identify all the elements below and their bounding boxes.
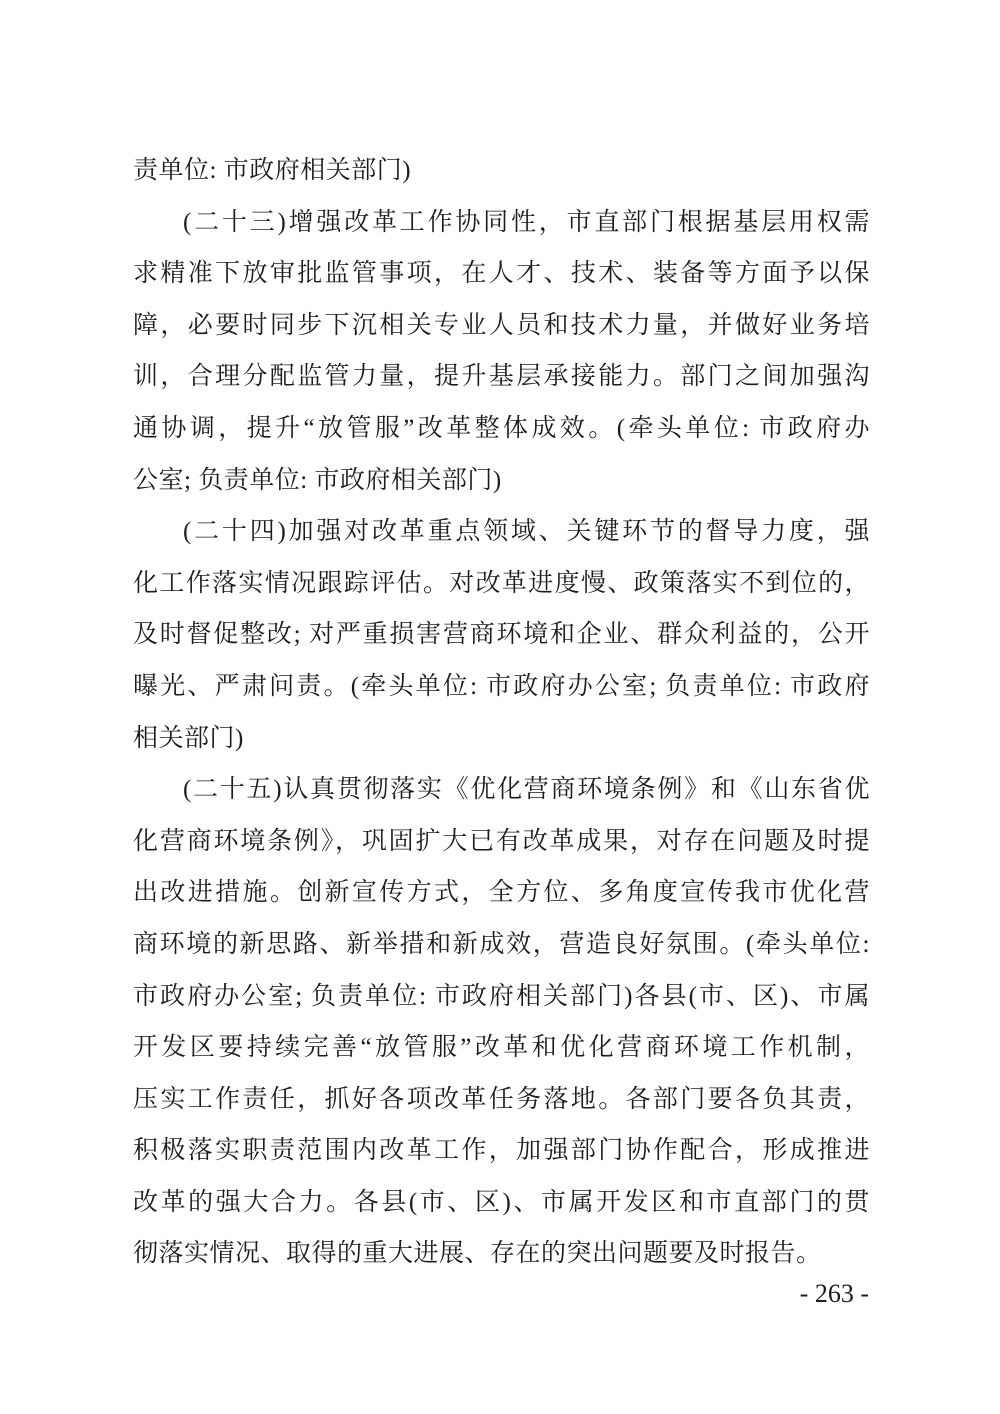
text-line: 出改进措施。创新宣传方式，全方位、多角度宣传我市优化营: [133, 867, 870, 919]
text-line: 障，必要时同步下沉相关专业人员和技术力量，并做好业务培: [133, 300, 870, 352]
text-line: 压实工作责任，抓好各项改革任务落地。各部门要各负其责，: [133, 1074, 870, 1126]
document-body: 责单位: 市政府相关部门)(二十三)增强改革工作协同性，市直部门根据基层用权需求…: [133, 145, 870, 1280]
text-line: 化营商环境条例》，巩固扩大已有改革成果，对存在问题及时提: [133, 816, 870, 868]
text-line: 彻落实情况、取得的重大进展、存在的突出问题要及时报告。: [133, 1228, 870, 1280]
text-line: 及时督促整改; 对严重损害营商环境和企业、群众利益的，公开: [133, 609, 870, 661]
text-line: 化工作落实情况跟踪评估。对改革进度慢、政策落实不到位的，: [133, 558, 870, 610]
text-line: 市政府办公室; 负责单位: 市政府相关部门)各县(市、区)、市属: [133, 971, 870, 1023]
text-line: 曝光、严肃问责。(牵头单位: 市政府办公室; 负责单位: 市政府: [133, 661, 870, 713]
text-line: 通协调，提升“放管服”改革整体成效。(牵头单位: 市政府办: [133, 403, 870, 455]
text-line: 改革的强大合力。各县(市、区)、市属开发区和市直部门的贯: [133, 1177, 870, 1229]
text-line: (二十四)加强对改革重点领域、关键环节的督导力度，强: [133, 506, 870, 558]
text-line: 相关部门): [133, 713, 870, 765]
text-line: 开发区要持续完善“放管服”改革和优化营商环境工作机制，: [133, 1022, 870, 1074]
text-line: 积极落实职责范围内改革工作，加强部门协作配合，形成推进: [133, 1125, 870, 1177]
document-page: 责单位: 市政府相关部门)(二十三)增强改革工作协同性，市直部门根据基层用权需求…: [0, 0, 1000, 1414]
text-line: 责单位: 市政府相关部门): [133, 145, 870, 197]
text-line: 公室; 负责单位: 市政府相关部门): [133, 455, 870, 507]
text-line: (二十三)增强改革工作协同性，市直部门根据基层用权需: [133, 197, 870, 249]
text-line: 求精准下放审批监管事项，在人才、技术、装备等方面予以保: [133, 248, 870, 300]
page-number-label: - 263 -: [800, 1278, 869, 1310]
text-line: (二十五)认真贯彻落实《优化营商环境条例》和《山东省优: [133, 764, 870, 816]
text-line: 训，合理分配监管力量，提升基层承接能力。部门之间加强沟: [133, 351, 870, 403]
text-line: 商环境的新思路、新举措和新成效，营造良好氛围。(牵头单位:: [133, 919, 870, 971]
